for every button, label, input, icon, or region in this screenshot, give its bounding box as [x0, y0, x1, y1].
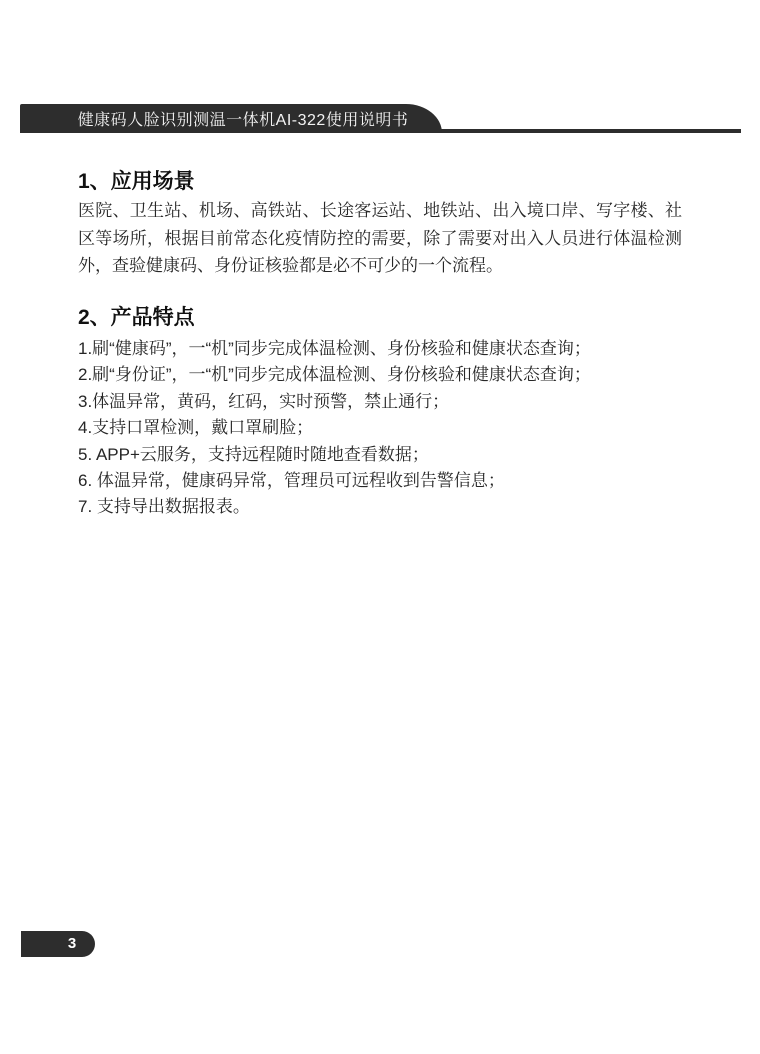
section-heading-product-features: 2、产品特点: [78, 306, 195, 330]
page-number-badge: 3: [21, 931, 95, 957]
list-item: 1.刷“健康码”，一“机”同步完成体温检测、身份核验和健康状态查询；: [78, 336, 698, 362]
list-item: 6. 体温异常，健康码异常，管理员可远程收到告警信息；: [78, 468, 698, 494]
list-item: 7. 支持导出数据报表。: [78, 494, 698, 520]
product-feature-list: 1.刷“健康码”，一“机”同步完成体温检测、身份核验和健康状态查询； 2.刷“身…: [78, 336, 698, 521]
manual-page: 健康码人脸识别测温一体机AI-322使用说明书 1、应用场景 医院、卫生站、机场…: [0, 0, 760, 1054]
list-item: 2.刷“身份证”，一“机”同步完成体温检测、身份核验和健康状态查询；: [78, 362, 698, 388]
header-bar: 健康码人脸识别测温一体机AI-322使用说明书: [20, 104, 442, 133]
list-item: 5. APP+云服务，支持远程随时随地查看数据；: [78, 442, 698, 468]
section-heading-application-scenarios: 1、应用场景: [78, 170, 195, 194]
list-item: 3.体温异常，黄码，红码，实时预警，禁止通行；: [78, 389, 698, 415]
application-scenarios-paragraph: 医院、卫生站、机场、高铁站、长途客运站、地铁站、出入境口岸、写字楼、社区等场所，…: [78, 197, 682, 280]
document-title: 健康码人脸识别测温一体机AI-322使用说明书: [78, 107, 409, 130]
list-item: 4.支持口罩检测，戴口罩刷脸；: [78, 415, 698, 441]
